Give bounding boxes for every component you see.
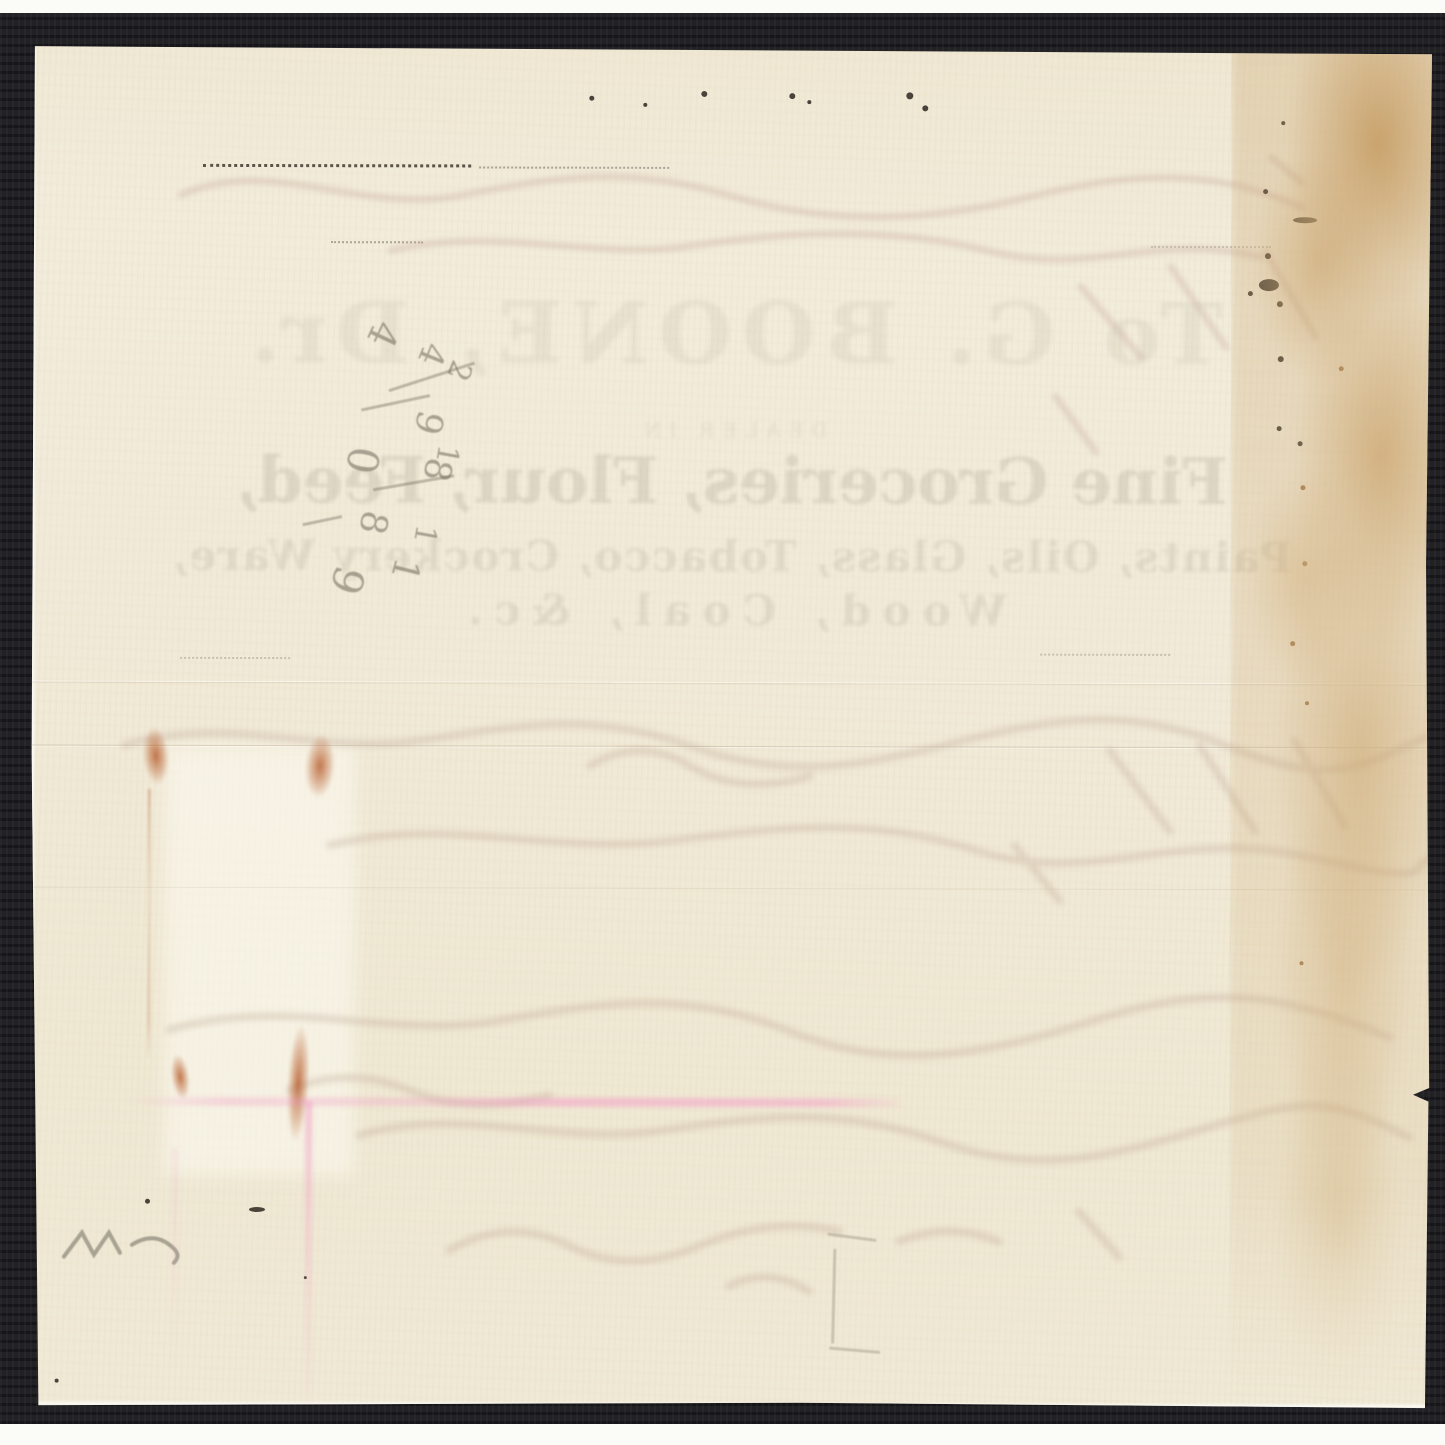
pink-crayon-line-vertical-faint bbox=[172, 1149, 178, 1369]
glue-stain-right bbox=[1229, 47, 1442, 1409]
rust-mark bbox=[141, 726, 172, 786]
paper-back-side: To G. BOONE, Dr. DEALER IN Fine Grocerie… bbox=[29, 45, 1434, 1410]
pink-crayon-line-vertical bbox=[305, 1101, 313, 1431]
rust-mark bbox=[303, 733, 338, 799]
rust-streak bbox=[147, 789, 151, 1061]
rust-mark bbox=[168, 1053, 192, 1101]
photo-of-document: To G. BOONE, Dr. DEALER IN Fine Grocerie… bbox=[0, 0, 1445, 1445]
rust-marks bbox=[29, 45, 1434, 1410]
pink-crayon-line-horizontal bbox=[129, 1097, 899, 1108]
